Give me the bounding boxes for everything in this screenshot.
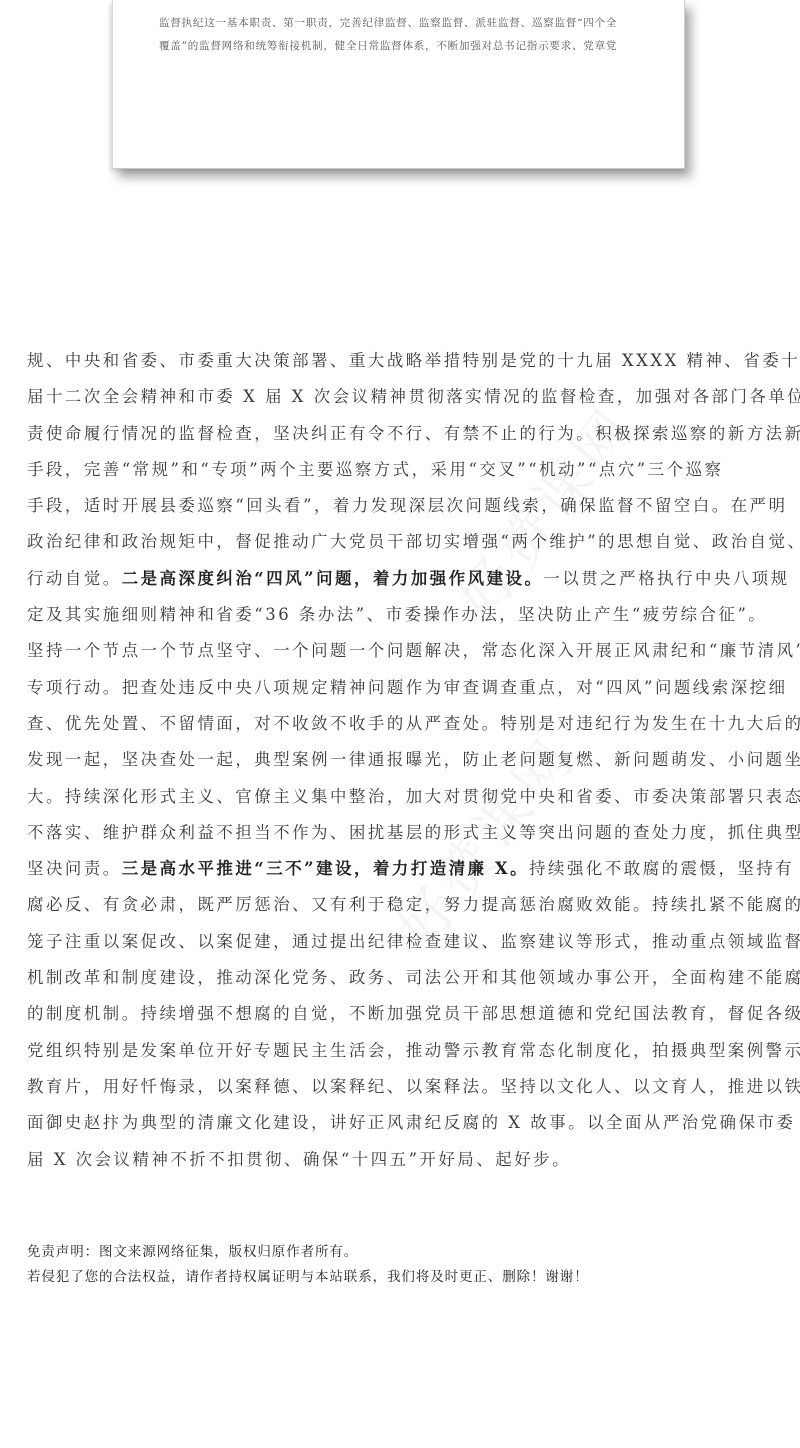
preview-line: 监督执纪这一基本职责、第一职责，完善纪律监督、监察监督、派驻监督、巡察监督“四个… [159,15,649,30]
body-line: 规、中央和省委、市委重大决策部署、重大战略举措特别是党的十九届 XXXX 精神、… [27,343,777,379]
body-line: 查、优先处置、不留情面，对不收敛不收手的从严查处。特别是对违纪行为发生在十九大后… [27,706,777,742]
body-line: 手段，适时开展县委巡察“回头看”，着力发现深层次问题线索，确保监督不留空白。在严… [27,488,777,524]
section-heading: 二是高深度纠治“四风”问题，着力加强作风建设。 [122,569,544,588]
disclaimer-line-1: 免责声明：图文来源网络征集，版权归原作者所有。 [27,1240,767,1265]
body-line: 的制度机制。持续增强不想腐的自觉，不断加强党员干部思想道德和党纪国法教育，督促各… [27,996,777,1032]
body-line: 腐必反、有贪必肃，既严厉惩治、又有利于稳定，努力提高惩治腐败效能。持续扎紧不能腐… [27,887,777,923]
body-line: 专项行动。把查处违反中央八项规定精神问题作为审查调查重点，对“四风”问题线索深挖… [27,670,777,706]
body-line: 政治纪律和政治规矩中，督促推动广大党员干部切实增强“两个维护”的思想自觉、政治自… [27,524,777,560]
body-line: 定及其实施细则精神和省委“36 条办法”、市委操作办法，坚决防止产生“疲劳综合征… [27,597,777,633]
body-line: 大。持续深化形式主义、官僚主义集中整治，加大对贯彻党中央和省委、市委决策部署只表… [27,779,777,815]
body-line-text: 坚决问责。 [27,859,122,878]
body-line: 行动自觉。二是高深度纠治“四风”问题，着力加强作风建设。一以贯之严格执行中央八项… [27,561,777,597]
body-line: 坚持一个节点一个节点坚守、一个问题一个问题解决，常态化深入开展正风肃纪和“廉节清… [27,633,777,669]
disclaimer: 免责声明：图文来源网络征集，版权归原作者所有。 若侵犯了您的合法权益，请作者持权… [27,1240,767,1290]
body-line-text: 行动自觉。 [27,569,122,588]
body-line: 笼子注重以案促改、以案促建，通过提出纪律检查建议、监察建议等形式，推动重点领域监… [27,924,777,960]
document-page-preview: 监督执纪这一基本职责、第一职责，完善纪律监督、监察监督、派驻监督、巡察监督“四个… [112,0,685,169]
disclaimer-line-2: 若侵犯了您的合法权益，请作者持权属证明与本站联系，我们将及时更正、删除！谢谢！ [27,1265,767,1290]
body-line: 发现一起，坚决查处一起，典型案例一律通报曝光，防止老问题复燃、新问题萌发、小问题… [27,742,777,778]
body-line: 届 X 次会议精神不折不扣贯彻、确保“十四五”开好局、起好步。 [27,1142,777,1178]
body-line: 党组织特别是发案单位开好专题民主生活会，推动警示教育常态化制度化，拍摄典型案例警… [27,1033,777,1069]
section-heading: 三是高水平推进“三不”建设，着力打造清廉 X。 [122,859,529,878]
body-line: 届十二次全会精神和市委 X 届 X 次会议精神贯彻落实情况的监督检查，加强对各部… [27,379,777,415]
body-line-text: 一以贯之严格执行中央八项规 [543,569,789,588]
body-line: 机制改革和制度建设，推动深化党务、政务、司法公开和其他领域办事公开，全面构建不能… [27,960,777,996]
preview-line: 覆盖”的监督网络和统筹衔接机制，健全日常监督体系，不断加强对总书记指示要求、党章… [159,38,649,53]
body-line: 不落实、维护群众利益不担当不作为、困扰基层的形式主义等突出问题的查处力度，抓住典… [27,815,777,851]
body-line: 面御史赵抃为典型的清廉文化建设，讲好正风肃纪反腐的 X 故事。以全面从严治党确保… [27,1105,777,1141]
body-line-text: 持续强化不敢腐的震慑，坚持有 [529,859,794,878]
article-body: 规、中央和省委、市委重大决策部署、重大战略举措特别是党的十九届 XXXX 精神、… [27,343,777,1178]
body-line: 责使命履行情况的监督检查，坚决纠正有令不行、有禁不止的行为。积极探索巡察的新方法… [27,416,777,452]
body-line: 教育片，用好忏悔录，以案释德、以案释纪、以案释法。坚持以文化人、以文育人，推进以… [27,1069,777,1105]
body-line: 坚决问责。三是高水平推进“三不”建设，着力打造清廉 X。持续强化不敢腐的震慑，坚… [27,851,777,887]
body-line: 手段，完善“常规”和“专项”两个主要巡察方式，采用“交叉”“机动”“点穴”三个巡… [27,452,777,488]
